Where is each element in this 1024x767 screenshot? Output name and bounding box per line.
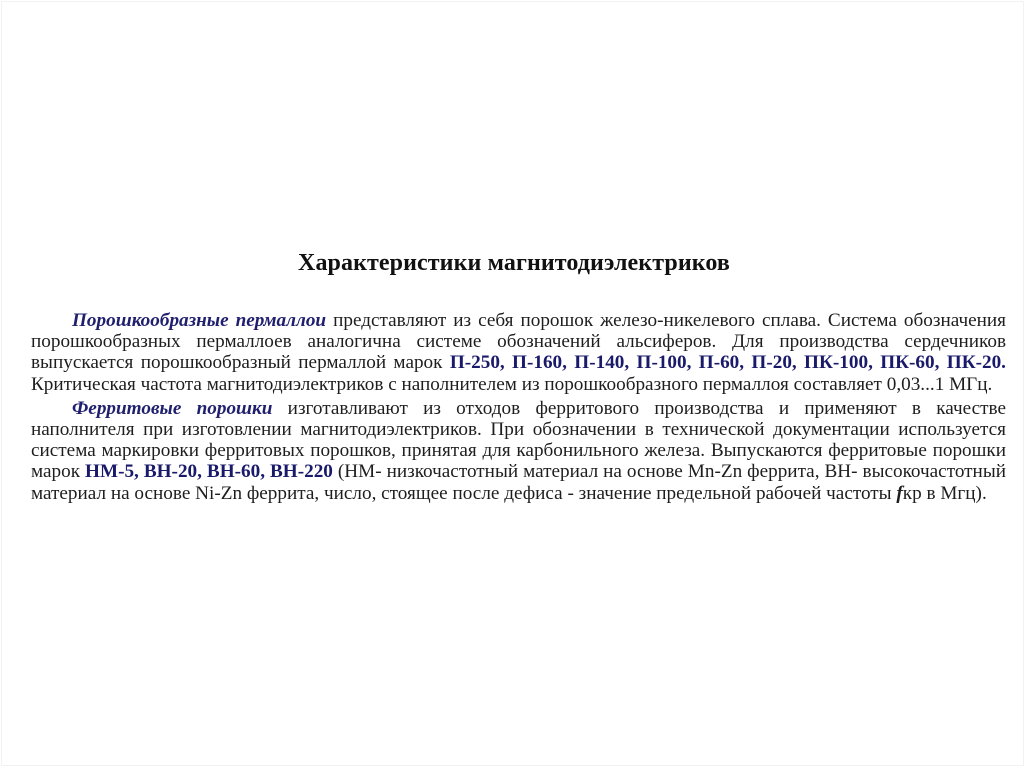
ferrite-grades: НМ-5, ВН-20, ВН-60, ВН-220 [85, 461, 333, 482]
paragraph-text: Критическая частота магнитодиэлектриков … [31, 374, 992, 395]
paragraph-ferrite: Ферритовые порошки изготавливают из отхо… [31, 398, 1006, 504]
slide: Характеристики магнитодиэлектриков Порош… [1, 1, 1024, 766]
paragraph-permalloy: Порошкообразные пермаллои представляют и… [31, 310, 1006, 395]
paragraph-text: кр в Мгц). [903, 483, 987, 504]
slide-body: Порошкообразные пермаллои представляют и… [31, 310, 1006, 504]
slide-title: Характеристики магнитодиэлектриков [2, 250, 1024, 277]
term-ferrite-powders: Ферритовые порошки [72, 398, 272, 419]
permalloy-grades: П-250, П-160, П-140, П-100, П-60, П-20, … [450, 352, 1006, 373]
term-permalloy-powders: Порошкообразные пермаллои [72, 310, 326, 331]
